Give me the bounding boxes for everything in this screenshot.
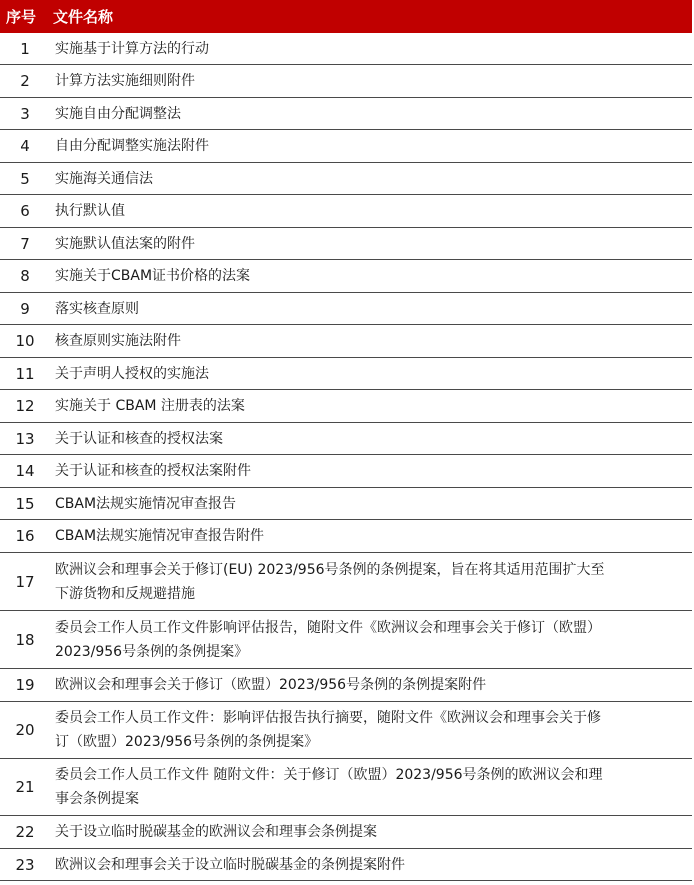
table-row: 1实施基于计算方法的行动 bbox=[0, 33, 692, 65]
row-serial-number: 4 bbox=[0, 137, 50, 155]
row-serial-number: 2 bbox=[0, 72, 50, 90]
file-name-line: 事会条例提案 bbox=[55, 787, 692, 811]
file-name-line: 实施基于计算方法的行动 bbox=[55, 37, 692, 61]
file-name-line: 委员会工作人员工作文件：影响评估报告执行摘要，随附文件《欧洲议会和理事会关于修 bbox=[55, 706, 692, 730]
file-name-line: 2023/956号条例的条例提案》 bbox=[55, 640, 692, 664]
table-row: 3实施自由分配调整法 bbox=[0, 98, 692, 130]
row-serial-number: 10 bbox=[0, 332, 50, 350]
row-serial-number: 15 bbox=[0, 495, 50, 513]
file-name-line: 实施自由分配调整法 bbox=[55, 102, 692, 126]
row-file-name: 实施关于 CBAM 注册表的法案 bbox=[50, 394, 692, 418]
row-file-name: 关于设立临时脱碳基金的欧洲议会和理事会条例提案 bbox=[50, 820, 692, 844]
table-row: 11关于声明人授权的实施法 bbox=[0, 358, 692, 390]
file-name-line: 欧洲议会和理事会关于设立临时脱碳基金的条例提案附件 bbox=[55, 853, 692, 877]
file-name-line: 核查原则实施法附件 bbox=[55, 329, 692, 353]
row-file-name: 关于认证和核查的授权法案附件 bbox=[50, 459, 692, 483]
file-name-line: CBAM法规实施情况审查报告 bbox=[55, 492, 692, 516]
file-name-line: 委员会工作人员工作文件影响评估报告，随附文件《欧洲议会和理事会关于修订（欧盟） bbox=[55, 616, 692, 640]
table-row: 23欧洲议会和理事会关于设立临时脱碳基金的条例提案附件 bbox=[0, 849, 692, 881]
file-name-line: 关于声明人授权的实施法 bbox=[55, 362, 692, 386]
table-row: 7实施默认值法案的附件 bbox=[0, 228, 692, 260]
table-row: 8实施关于CBAM证书价格的法案 bbox=[0, 260, 692, 293]
row-serial-number: 20 bbox=[0, 721, 50, 739]
table-row: 6执行默认值 bbox=[0, 195, 692, 228]
document-list-table: 序号 文件名称 1实施基于计算方法的行动2计算方法实施细则附件3实施自由分配调整… bbox=[0, 0, 692, 881]
row-serial-number: 8 bbox=[0, 267, 50, 285]
table-row: 2计算方法实施细则附件 bbox=[0, 65, 692, 98]
row-serial-number: 22 bbox=[0, 823, 50, 841]
file-name-line: CBAM法规实施情况审查报告附件 bbox=[55, 524, 692, 548]
file-name-line: 欧洲议会和理事会关于修订（欧盟）2023/956号条例的条例提案附件 bbox=[55, 673, 692, 697]
table-row: 21委员会工作人员工作文件 随附文件：关于修订（欧盟）2023/956号条例的欧… bbox=[0, 759, 692, 816]
row-file-name: 计算方法实施细则附件 bbox=[50, 69, 692, 93]
file-name-line: 实施海关通信法 bbox=[55, 167, 692, 191]
file-name-line: 关于认证和核查的授权法案附件 bbox=[55, 459, 692, 483]
row-file-name: 核查原则实施法附件 bbox=[50, 329, 692, 353]
file-name-line: 实施关于 CBAM 注册表的法案 bbox=[55, 394, 692, 418]
row-file-name: 欧洲议会和理事会关于修订(EU) 2023/956号条例的条例提案，旨在将其适用… bbox=[50, 558, 692, 606]
row-file-name: 执行默认值 bbox=[50, 199, 692, 223]
file-name-line: 下游货物和反规避措施 bbox=[55, 582, 692, 606]
row-file-name: 委员会工作人员工作文件影响评估报告，随附文件《欧洲议会和理事会关于修订（欧盟）2… bbox=[50, 616, 692, 664]
row-serial-number: 16 bbox=[0, 527, 50, 545]
row-serial-number: 13 bbox=[0, 430, 50, 448]
row-serial-number: 5 bbox=[0, 170, 50, 188]
row-serial-number: 21 bbox=[0, 778, 50, 796]
table-body: 1实施基于计算方法的行动2计算方法实施细则附件3实施自由分配调整法4自由分配调整… bbox=[0, 33, 692, 881]
header-serial-number: 序号 bbox=[0, 6, 48, 27]
table-row: 9落实核查原则 bbox=[0, 293, 692, 325]
row-serial-number: 18 bbox=[0, 631, 50, 649]
row-file-name: 实施关于CBAM证书价格的法案 bbox=[50, 264, 692, 288]
row-serial-number: 14 bbox=[0, 462, 50, 480]
row-serial-number: 17 bbox=[0, 573, 50, 591]
table-row: 10核查原则实施法附件 bbox=[0, 325, 692, 358]
row-file-name: 委员会工作人员工作文件 随附文件：关于修订（欧盟）2023/956号条例的欧洲议… bbox=[50, 763, 692, 811]
table-row: 17欧洲议会和理事会关于修订(EU) 2023/956号条例的条例提案，旨在将其… bbox=[0, 553, 692, 611]
table-row: 18委员会工作人员工作文件影响评估报告，随附文件《欧洲议会和理事会关于修订（欧盟… bbox=[0, 611, 692, 669]
row-serial-number: 23 bbox=[0, 856, 50, 874]
table-row: 15CBAM法规实施情况审查报告 bbox=[0, 488, 692, 520]
row-file-name: 实施默认值法案的附件 bbox=[50, 232, 692, 256]
table-row: 20委员会工作人员工作文件：影响评估报告执行摘要，随附文件《欧洲议会和理事会关于… bbox=[0, 702, 692, 759]
file-name-line: 执行默认值 bbox=[55, 199, 692, 223]
file-name-line: 计算方法实施细则附件 bbox=[55, 69, 692, 93]
row-file-name: 欧洲议会和理事会关于设立临时脱碳基金的条例提案附件 bbox=[50, 853, 692, 877]
row-serial-number: 3 bbox=[0, 105, 50, 123]
table-row: 12实施关于 CBAM 注册表的法案 bbox=[0, 390, 692, 423]
row-file-name: 欧洲议会和理事会关于修订（欧盟）2023/956号条例的条例提案附件 bbox=[50, 673, 692, 697]
row-file-name: 实施基于计算方法的行动 bbox=[50, 37, 692, 61]
table-row: 22关于设立临时脱碳基金的欧洲议会和理事会条例提案 bbox=[0, 816, 692, 849]
row-file-name: 实施海关通信法 bbox=[50, 167, 692, 191]
row-file-name: 实施自由分配调整法 bbox=[50, 102, 692, 126]
file-name-line: 关于设立临时脱碳基金的欧洲议会和理事会条例提案 bbox=[55, 820, 692, 844]
file-name-line: 关于认证和核查的授权法案 bbox=[55, 427, 692, 451]
table-row: 13关于认证和核查的授权法案 bbox=[0, 423, 692, 455]
file-name-line: 实施关于CBAM证书价格的法案 bbox=[55, 264, 692, 288]
table-row: 5实施海关通信法 bbox=[0, 163, 692, 195]
row-serial-number: 1 bbox=[0, 40, 50, 58]
table-row: 16CBAM法规实施情况审查报告附件 bbox=[0, 520, 692, 553]
row-file-name: 关于认证和核查的授权法案 bbox=[50, 427, 692, 451]
table-row: 19欧洲议会和理事会关于修订（欧盟）2023/956号条例的条例提案附件 bbox=[0, 669, 692, 702]
file-name-line: 欧洲议会和理事会关于修订(EU) 2023/956号条例的条例提案，旨在将其适用… bbox=[55, 558, 692, 582]
file-name-line: 实施默认值法案的附件 bbox=[55, 232, 692, 256]
file-name-line: 订（欧盟）2023/956号条例的条例提案》 bbox=[55, 730, 692, 754]
row-file-name: 自由分配调整实施法附件 bbox=[50, 134, 692, 158]
row-file-name: CBAM法规实施情况审查报告 bbox=[50, 492, 692, 516]
table-header: 序号 文件名称 bbox=[0, 0, 692, 33]
file-name-line: 自由分配调整实施法附件 bbox=[55, 134, 692, 158]
row-serial-number: 9 bbox=[0, 300, 50, 318]
row-file-name: 关于声明人授权的实施法 bbox=[50, 362, 692, 386]
row-serial-number: 6 bbox=[0, 202, 50, 220]
row-serial-number: 7 bbox=[0, 235, 50, 253]
file-name-line: 委员会工作人员工作文件 随附文件：关于修订（欧盟）2023/956号条例的欧洲议… bbox=[55, 763, 692, 787]
header-file-name: 文件名称 bbox=[48, 6, 113, 27]
row-file-name: CBAM法规实施情况审查报告附件 bbox=[50, 524, 692, 548]
table-row: 4自由分配调整实施法附件 bbox=[0, 130, 692, 163]
row-file-name: 委员会工作人员工作文件：影响评估报告执行摘要，随附文件《欧洲议会和理事会关于修订… bbox=[50, 706, 692, 754]
row-file-name: 落实核查原则 bbox=[50, 297, 692, 321]
table-row: 14关于认证和核查的授权法案附件 bbox=[0, 455, 692, 488]
row-serial-number: 11 bbox=[0, 365, 50, 383]
row-serial-number: 12 bbox=[0, 397, 50, 415]
row-serial-number: 19 bbox=[0, 676, 50, 694]
file-name-line: 落实核查原则 bbox=[55, 297, 692, 321]
